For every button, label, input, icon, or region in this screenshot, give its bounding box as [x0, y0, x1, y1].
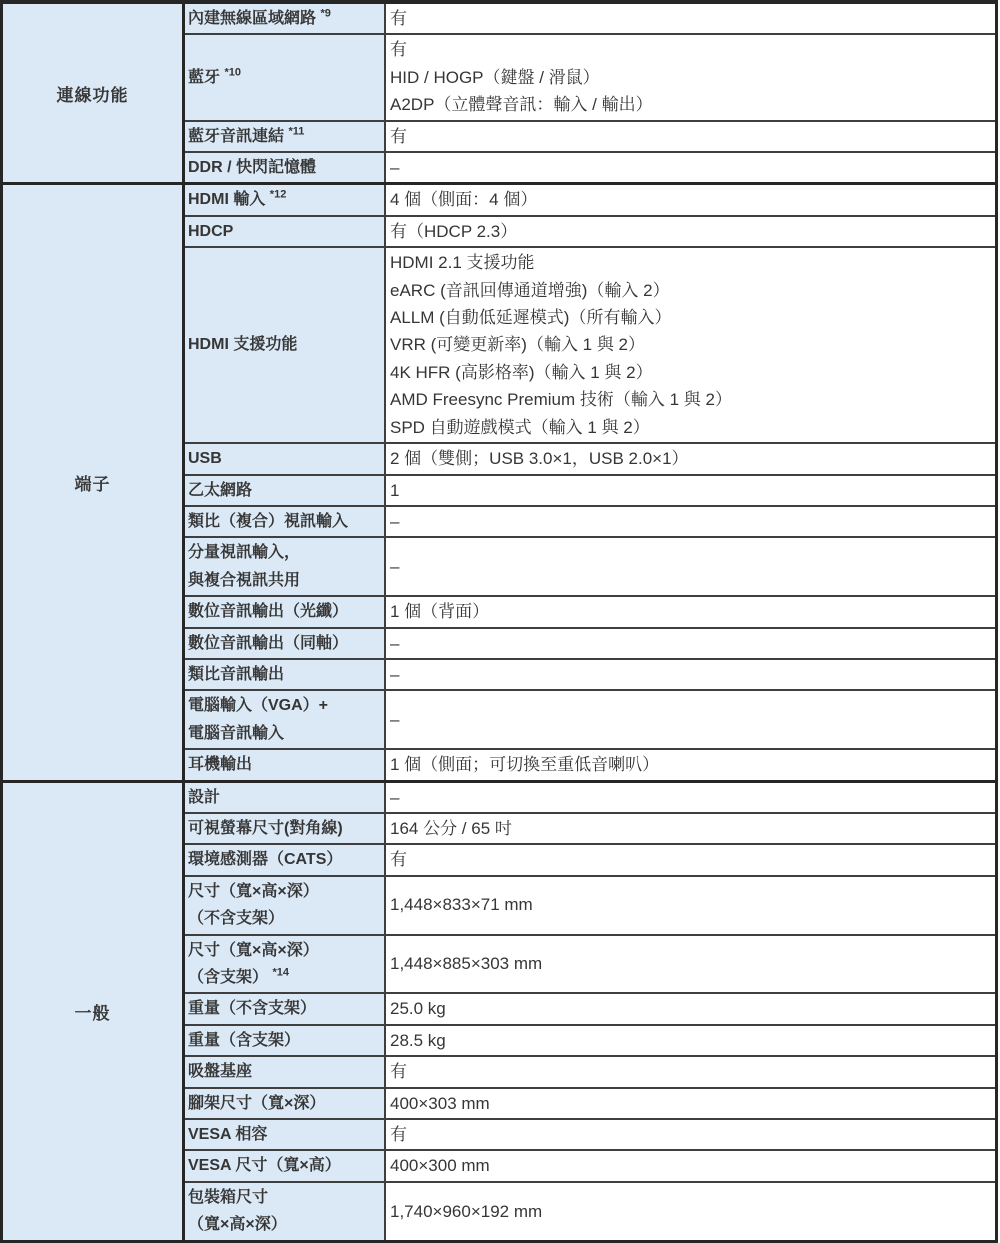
spec-value-line: –: [390, 154, 991, 181]
spec-row: HDMI 輸入 *124 個（側面：4 個）: [185, 185, 995, 214]
section-rows: HDMI 輸入 *124 個（側面：4 個）HDCP有（HDCP 2.3）HDM…: [185, 185, 995, 779]
spec-value: –: [386, 153, 995, 182]
spec-label-line: 藍牙 *10: [188, 64, 383, 91]
spec-row: 分量視訊輸入，與複合視訊共用–: [185, 536, 995, 595]
spec-section: 一般設計–可視螢幕尺寸(對角線)164 公分 / 65 吋環境感測器（CATS）…: [3, 780, 995, 1240]
spec-value-line: VRR (可變更新率)（輸入 1 與 2）: [390, 331, 991, 358]
spec-label-text: 尺寸（寬×高×深）: [188, 883, 319, 900]
spec-row: 乙太網路1: [185, 474, 995, 505]
spec-row: 環境感測器（CATS）有: [185, 843, 995, 874]
spec-label-line: 電腦音訊輸入: [188, 720, 383, 747]
spec-value-line: ALLM (自動低延遲模式)（所有輸入）: [390, 304, 991, 331]
spec-label-line: 數位音訊輸出（光纖）: [188, 598, 383, 625]
spec-label-text: 腳架尺寸（寬×深）: [188, 1095, 325, 1112]
spec-row: 腳架尺寸（寬×深）400×303 mm: [185, 1087, 995, 1118]
spec-value-line: 1 個（側面；可切換至重低音喇叭）: [390, 751, 991, 778]
spec-value: 25.0 kg: [386, 994, 995, 1023]
spec-label: 耳機輸出: [185, 750, 386, 779]
spec-label-line: 尺寸（寬×高×深）: [188, 878, 383, 905]
spec-label-line: 藍牙音訊連結 *11: [188, 123, 383, 150]
spec-row: 數位音訊輸出（光纖）1 個（背面）: [185, 595, 995, 626]
spec-value: –: [386, 507, 995, 536]
spec-label: 尺寸（寬×高×深）（含支架） *14: [185, 936, 386, 993]
spec-label-text: （含支架）: [188, 969, 268, 986]
spec-label: 類比音訊輸出: [185, 660, 386, 689]
spec-label-text: USB: [188, 450, 222, 467]
spec-label-line: HDMI 支援功能: [188, 331, 383, 358]
footnote-marker: *10: [224, 66, 241, 78]
spec-label-text: 電腦輸入（VGA）+: [188, 697, 328, 714]
spec-value: –: [386, 538, 995, 595]
spec-value-line: –: [390, 661, 991, 688]
spec-label-text: 可視螢幕尺寸(對角線): [188, 820, 343, 837]
spec-label-line: 重量（含支架）: [188, 1027, 383, 1054]
spec-label: HDMI 支援功能: [185, 248, 386, 442]
spec-value-line: 4K HFR (高影格率)（輸入 1 與 2）: [390, 359, 991, 386]
spec-value-line: 4 個（側面：4 個）: [390, 186, 991, 213]
spec-value: 有HID / HOGP（鍵盤 / 滑鼠）A2DP（立體聲音訊：輸入 / 輸出）: [386, 35, 995, 119]
spec-label-text: （寬×高×深）: [188, 1216, 287, 1233]
spec-value-line: 2 個（雙側；USB 3.0×1，USB 2.0×1）: [390, 445, 991, 472]
spec-value: 2 個（雙側；USB 3.0×1，USB 2.0×1）: [386, 444, 995, 473]
spec-label: HDCP: [185, 217, 386, 246]
spec-value: 400×300 mm: [386, 1151, 995, 1180]
footnote-marker: *11: [288, 125, 304, 137]
spec-value: –: [386, 691, 995, 748]
spec-label-text: （不含支架）: [188, 910, 284, 927]
spec-label-line: 環境感測器（CATS）: [188, 846, 383, 873]
spec-section: 端子HDMI 輸入 *124 個（側面：4 個）HDCP有（HDCP 2.3）H…: [3, 182, 995, 779]
spec-label: 類比（複合）視訊輸入: [185, 507, 386, 536]
spec-value-line: 164 公分 / 65 吋: [390, 815, 991, 842]
spec-label: 可視螢幕尺寸(對角線): [185, 814, 386, 843]
spec-value: 4 個（側面：4 個）: [386, 185, 995, 214]
spec-label-text: HDMI 輸入: [188, 191, 265, 208]
spec-row: USB2 個（雙側；USB 3.0×1，USB 2.0×1）: [185, 442, 995, 473]
spec-value-line: AMD Freesync Premium 技術（輸入 1 與 2）: [390, 386, 991, 413]
spec-label: VESA 尺寸（寬×高）: [185, 1151, 386, 1180]
spec-value-line: 有: [390, 123, 991, 150]
spec-value: –: [386, 629, 995, 658]
spec-label: 藍牙音訊連結 *11: [185, 122, 386, 151]
spec-label-text: HDMI 支援功能: [188, 336, 297, 353]
spec-value: 有: [386, 1120, 995, 1149]
spec-label-line: 尺寸（寬×高×深）: [188, 937, 383, 964]
spec-value: 1,448×885×303 mm: [386, 936, 995, 993]
spec-label-text: 吸盤基座: [188, 1063, 252, 1080]
spec-value: 1,740×960×192 mm: [386, 1183, 995, 1240]
spec-label: DDR / 快閃記憶體: [185, 153, 386, 182]
spec-row: 吸盤基座有: [185, 1055, 995, 1086]
spec-label-text: 重量（不含支架）: [188, 1000, 316, 1017]
spec-row: 設計–: [185, 783, 995, 812]
spec-value-line: 28.5 kg: [390, 1027, 991, 1054]
spec-label: 吸盤基座: [185, 1057, 386, 1086]
spec-label: 數位音訊輸出（同軸）: [185, 629, 386, 658]
spec-value: 28.5 kg: [386, 1026, 995, 1055]
spec-value-line: –: [390, 508, 991, 535]
spec-label-text: 尺寸（寬×高×深）: [188, 942, 319, 959]
spec-label-text: 乙太網路: [188, 482, 252, 499]
footnote-marker: *14: [272, 967, 289, 979]
spec-value-line: eARC (音訊回傳通道增強)（輸入 2）: [390, 277, 991, 304]
spec-label-line: DDR / 快閃記憶體: [188, 154, 383, 181]
spec-label-text: 包裝箱尺寸: [188, 1189, 268, 1206]
spec-label-line: HDCP: [188, 218, 383, 245]
category-cell: 連線功能: [3, 4, 185, 182]
spec-value-line: 1 個（背面）: [390, 598, 991, 625]
spec-value-line: 1,740×960×192 mm: [390, 1198, 991, 1225]
spec-label-line: 可視螢幕尺寸(對角線): [188, 815, 383, 842]
spec-label-line: 分量視訊輸入，: [188, 539, 383, 566]
spec-row: VESA 相容有: [185, 1118, 995, 1149]
section-rows: 內建無線區域網路 *9有藍牙 *10有HID / HOGP（鍵盤 / 滑鼠）A2…: [185, 4, 995, 182]
spec-label: 乙太網路: [185, 476, 386, 505]
spec-row: HDCP有（HDCP 2.3）: [185, 215, 995, 246]
spec-label: 包裝箱尺寸（寬×高×深）: [185, 1183, 386, 1240]
spec-value: 1: [386, 476, 995, 505]
footnote-marker: *12: [270, 189, 287, 201]
footnote-marker: *9: [320, 8, 330, 20]
spec-value-line: 有: [390, 1121, 991, 1148]
spec-table: 連線功能內建無線區域網路 *9有藍牙 *10有HID / HOGP（鍵盤 / 滑…: [0, 0, 998, 1243]
spec-row: 類比（複合）視訊輸入–: [185, 505, 995, 536]
spec-label-text: 藍牙音訊連結: [188, 128, 284, 145]
spec-row: 藍牙音訊連結 *11有: [185, 120, 995, 151]
spec-value-line: A2DP（立體聲音訊：輸入 / 輸出）: [390, 91, 991, 118]
spec-value-line: 有（HDCP 2.3）: [390, 218, 991, 245]
spec-value-line: –: [390, 630, 991, 657]
spec-label-line: VESA 尺寸（寬×高）: [188, 1152, 383, 1179]
spec-row: 可視螢幕尺寸(對角線)164 公分 / 65 吋: [185, 812, 995, 843]
spec-value: 有: [386, 122, 995, 151]
spec-label: 重量（含支架）: [185, 1026, 386, 1055]
spec-label-line: 耳機輸出: [188, 751, 383, 778]
spec-label-line: 腳架尺寸（寬×深）: [188, 1090, 383, 1117]
spec-row: 重量（含支架）28.5 kg: [185, 1024, 995, 1055]
spec-label-text: 數位音訊輸出（光纖）: [188, 603, 348, 620]
section-rows: 設計–可視螢幕尺寸(對角線)164 公分 / 65 吋環境感測器（CATS）有尺…: [185, 783, 995, 1240]
category-cell: 一般: [3, 783, 185, 1240]
spec-label-text: VESA 相容: [188, 1126, 267, 1143]
spec-label-line: 類比（複合）視訊輸入: [188, 508, 383, 535]
spec-label: 數位音訊輸出（光纖）: [185, 597, 386, 626]
spec-value-line: SPD 自動遊戲模式（輸入 1 與 2）: [390, 414, 991, 441]
spec-value: 400×303 mm: [386, 1089, 995, 1118]
spec-row: 藍牙 *10有HID / HOGP（鍵盤 / 滑鼠）A2DP（立體聲音訊：輸入 …: [185, 33, 995, 119]
spec-label-line: USB: [188, 445, 383, 472]
spec-label: 設計: [185, 783, 386, 812]
spec-label-line: VESA 相容: [188, 1121, 383, 1148]
spec-value: 有: [386, 845, 995, 874]
spec-value: 有: [386, 4, 995, 33]
spec-label-text: 類比音訊輸出: [188, 666, 284, 683]
spec-label: HDMI 輸入 *12: [185, 185, 386, 214]
spec-label-text: 電腦音訊輸入: [188, 725, 284, 742]
spec-label: 環境感測器（CATS）: [185, 845, 386, 874]
spec-value: –: [386, 783, 995, 812]
spec-label-line: 設計: [188, 784, 383, 811]
spec-row: 類比音訊輸出–: [185, 658, 995, 689]
spec-value: HDMI 2.1 支援功能eARC (音訊回傳通道增強)（輸入 2）ALLM (…: [386, 248, 995, 442]
spec-label-text: DDR / 快閃記憶體: [188, 159, 316, 176]
spec-label: 腳架尺寸（寬×深）: [185, 1089, 386, 1118]
spec-value-line: 有: [390, 1058, 991, 1085]
spec-row: VESA 尺寸（寬×高）400×300 mm: [185, 1149, 995, 1180]
spec-label-text: HDCP: [188, 223, 233, 240]
spec-value-line: 25.0 kg: [390, 995, 991, 1022]
spec-value: 1 個（側面；可切換至重低音喇叭）: [386, 750, 995, 779]
spec-label-text: 內建無線區域網路: [188, 10, 316, 27]
spec-value-line: 有: [390, 846, 991, 873]
spec-row: 尺寸（寬×高×深）（不含支架）1,448×833×71 mm: [185, 875, 995, 934]
spec-value-line: –: [390, 706, 991, 733]
spec-row: 包裝箱尺寸（寬×高×深）1,740×960×192 mm: [185, 1181, 995, 1240]
spec-label-text: 設計: [188, 789, 220, 806]
spec-label-line: 類比音訊輸出: [188, 661, 383, 688]
spec-label-line: 內建無線區域網路 *9: [188, 5, 383, 32]
spec-label-line: 包裝箱尺寸: [188, 1184, 383, 1211]
spec-label: USB: [185, 444, 386, 473]
spec-value: 有（HDCP 2.3）: [386, 217, 995, 246]
spec-label-line: （寬×高×深）: [188, 1211, 383, 1238]
spec-value: 有: [386, 1057, 995, 1086]
spec-row: 電腦輸入（VGA）+電腦音訊輸入–: [185, 689, 995, 748]
spec-label-line: HDMI 輸入 *12: [188, 186, 383, 213]
spec-label-line: 乙太網路: [188, 477, 383, 504]
spec-row: 重量（不含支架）25.0 kg: [185, 992, 995, 1023]
spec-value-line: 有: [390, 5, 991, 32]
spec-row: 耳機輸出1 個（側面；可切換至重低音喇叭）: [185, 748, 995, 779]
spec-label: 電腦輸入（VGA）+電腦音訊輸入: [185, 691, 386, 748]
spec-label: 重量（不含支架）: [185, 994, 386, 1023]
spec-value-line: 400×303 mm: [390, 1090, 991, 1117]
spec-label-line: 吸盤基座: [188, 1058, 383, 1085]
spec-value-line: HDMI 2.1 支援功能: [390, 249, 991, 276]
spec-label-line: 重量（不含支架）: [188, 995, 383, 1022]
spec-label-text: 重量（含支架）: [188, 1032, 300, 1049]
spec-value: 1 個（背面）: [386, 597, 995, 626]
spec-label: 分量視訊輸入，與複合視訊共用: [185, 538, 386, 595]
spec-label: 藍牙 *10: [185, 35, 386, 119]
spec-label-text: 環境感測器（CATS）: [188, 851, 342, 868]
spec-value-line: 400×300 mm: [390, 1152, 991, 1179]
spec-label-line: 與複合視訊共用: [188, 567, 383, 594]
spec-label-line: （不含支架）: [188, 905, 383, 932]
spec-label-line: 電腦輸入（VGA）+: [188, 692, 383, 719]
spec-value: 1,448×833×71 mm: [386, 877, 995, 934]
spec-value: –: [386, 660, 995, 689]
spec-row: 數位音訊輸出（同軸）–: [185, 627, 995, 658]
spec-value-line: –: [390, 784, 991, 811]
spec-label-text: 耳機輸出: [188, 756, 252, 773]
spec-value-line: 1,448×833×71 mm: [390, 891, 991, 918]
spec-label: 內建無線區域網路 *9: [185, 4, 386, 33]
spec-row: 尺寸（寬×高×深）（含支架） *141,448×885×303 mm: [185, 934, 995, 993]
spec-value-line: HID / HOGP（鍵盤 / 滑鼠）: [390, 64, 991, 91]
spec-value-line: 有: [390, 36, 991, 63]
spec-value-line: 1,448×885×303 mm: [390, 950, 991, 977]
spec-label-text: 與複合視訊共用: [188, 572, 300, 589]
spec-value-line: –: [390, 553, 991, 580]
spec-label-text: 類比（複合）視訊輸入: [188, 513, 348, 530]
category-cell: 端子: [3, 185, 185, 779]
spec-label: 尺寸（寬×高×深）（不含支架）: [185, 877, 386, 934]
spec-label-line: 數位音訊輸出（同軸）: [188, 630, 383, 657]
spec-label-text: 數位音訊輸出（同軸）: [188, 635, 348, 652]
spec-label-text: VESA 尺寸（寬×高）: [188, 1157, 341, 1174]
spec-row: 內建無線區域網路 *9有: [185, 4, 995, 33]
spec-label: VESA 相容: [185, 1120, 386, 1149]
spec-value: 164 公分 / 65 吋: [386, 814, 995, 843]
spec-label-text: 藍牙: [188, 69, 220, 86]
spec-section: 連線功能內建無線區域網路 *9有藍牙 *10有HID / HOGP（鍵盤 / 滑…: [3, 4, 995, 182]
spec-row: DDR / 快閃記憶體–: [185, 151, 995, 182]
spec-label-text: 分量視訊輸入，: [188, 544, 300, 561]
spec-row: HDMI 支援功能HDMI 2.1 支援功能eARC (音訊回傳通道增強)（輸入…: [185, 246, 995, 442]
spec-label-line: （含支架） *14: [188, 964, 383, 991]
spec-value-line: 1: [390, 477, 991, 504]
